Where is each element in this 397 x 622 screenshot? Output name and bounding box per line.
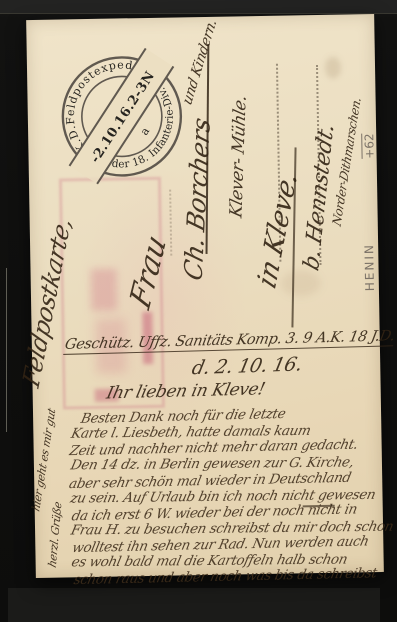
message-salutation: Ihr lieben in Kleve! xyxy=(104,379,266,403)
margin-note-1: hier geht es mir gut xyxy=(30,406,59,513)
scan-top-band xyxy=(0,0,397,13)
pencil-number: +62 xyxy=(362,133,376,159)
scan-bottom-shadow xyxy=(8,588,380,622)
postcard: K.D.Feldpostexped. der 18. Infanterie-Di… xyxy=(26,14,384,578)
postmark-letter: a xyxy=(138,125,153,138)
red-stamp-blot xyxy=(91,269,118,311)
scanned-postcard-photo: K.D.Feldpostexped. der 18. Infanterie-Di… xyxy=(0,0,397,622)
message-date: d. 2. 10. 16. xyxy=(190,353,304,379)
margin-note-2: herzl. Grüße xyxy=(46,500,64,569)
address-street: Klever- Mühle. xyxy=(227,93,251,220)
scan-left-artifact-line xyxy=(6,268,7,432)
paper-stain xyxy=(281,270,321,297)
pencil-code: HENIN xyxy=(362,243,377,291)
paper-stain xyxy=(325,57,341,79)
